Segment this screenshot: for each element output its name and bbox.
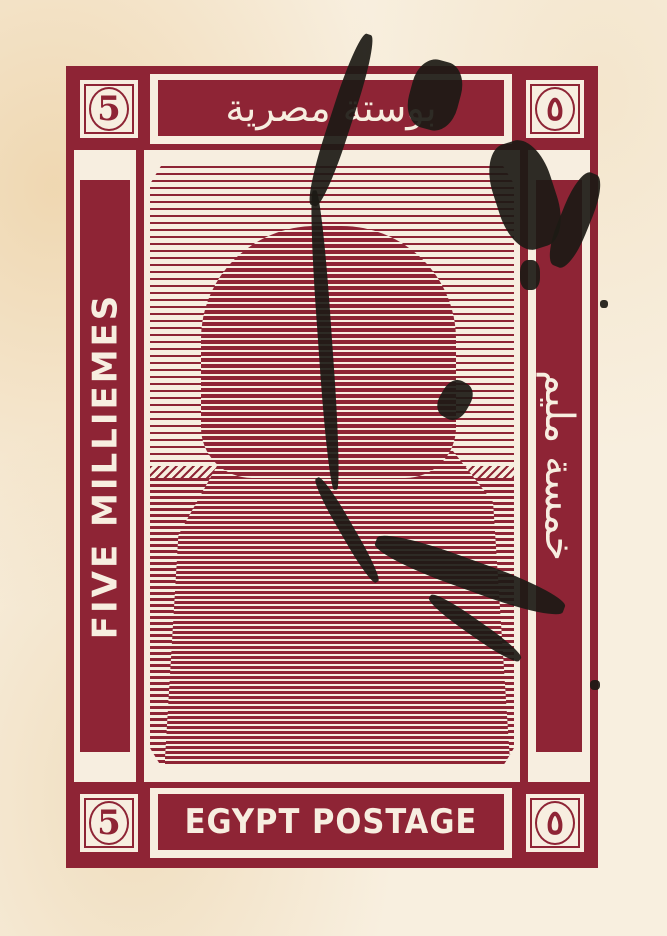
country-label: EGYPT POSTAGE [158, 794, 504, 850]
corner-numeral-top-left: 5 [74, 74, 144, 144]
corner-numeral-bottom-right: ٥ [520, 788, 590, 858]
value-label: FIVE MILLIEMES [80, 180, 130, 752]
corner-numeral-top-right: ٥ [520, 74, 590, 144]
corner-numeral-bottom-left: 5 [74, 788, 144, 858]
